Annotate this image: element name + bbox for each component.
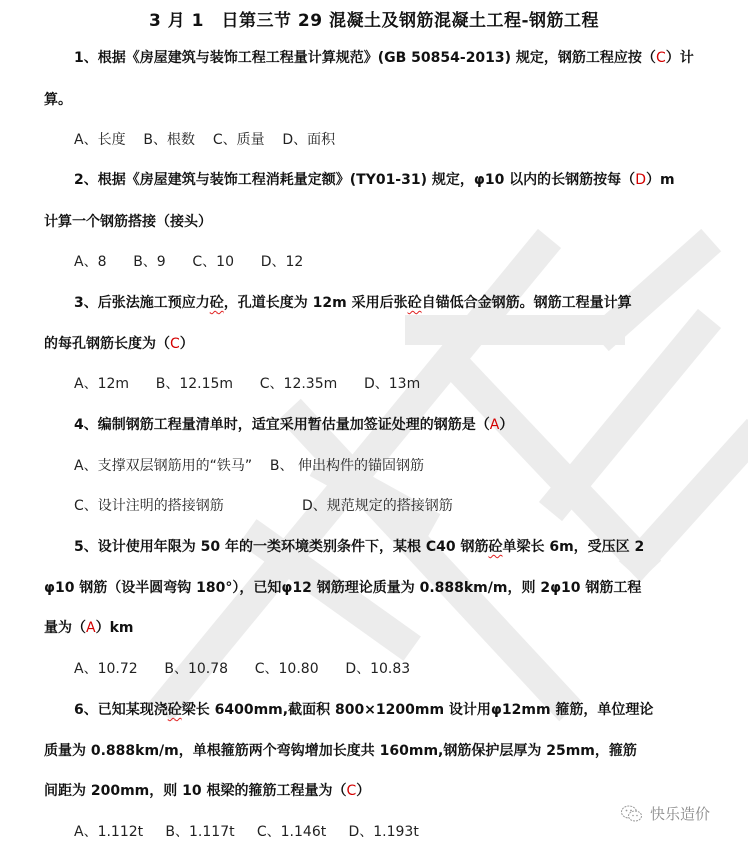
option-a: A、支撑双层钢筋用的“铁马” [74,458,252,474]
option-a: A、长度 [74,132,126,148]
question-1-options: A、长度 B、根数 C、质量 D、面积 [74,129,708,149]
question-1-line-2: 算。 [44,89,708,109]
question-text: 5、设计使用年限为 50 年的一类环境类别条件下，某根 C40 钢筋 [74,539,488,555]
question-text: 间距为 200mm，则 10 根梁的箍筋工程量为（ [44,783,347,799]
option-b: B、9 [133,254,166,270]
question-4-line-1: 4、编制钢筋工程量清单时，适宜采用暂估量加签证处理的钢筋是（A） [74,414,708,434]
option-c: C、12.35m [260,376,338,392]
spellcheck-flag: 砼 [168,702,182,718]
spellcheck-flag: 砼 [488,539,502,555]
question-4-options-row-2: C、设计注明的搭接钢筋D、规范规定的搭接钢筋 [74,495,708,515]
question-text: ）计 [666,50,694,66]
question-text: ）km [96,620,134,636]
question-6-line-1: 6、已知某现浇砼梁长 6400mm,截面积 800×1200mm 设计用φ12m… [74,699,708,719]
answer-letter: A [86,620,96,636]
wechat-account-logo: 快乐造价 [620,803,710,824]
question-5-line-3: 量为（A）km [44,617,708,637]
answer-letter: D [635,172,646,188]
option-d: D、面积 [282,132,335,148]
question-text: 1、根据《房屋建筑与装饰工程工程量计算规范》(GB 50854-2013) 规定… [74,50,656,66]
question-text: ） [180,336,194,352]
answer-letter: A [490,417,500,433]
question-2-line-2: 计算一个钢筋搭接（接头） [44,211,708,231]
question-5-options: A、10.72 B、10.78 C、10.80 D、10.83 [74,658,708,678]
question-text: ，孔道长度为 12m 采用后张 [224,295,408,311]
question-6-line-2: 质量为 0.888km/m，单根箍筋两个弯钩增加长度共 160mm,钢筋保护层厚… [44,740,708,760]
option-b: B、根数 [143,132,195,148]
question-4-options-row-1: A、支撑双层钢筋用的“铁马” B、 伸出构件的锚固钢筋 [74,455,708,475]
question-text: 自锚低合金钢筋。钢筋工程量计算 [422,295,632,311]
option-c: C、设计注明的搭接钢筋 [74,495,302,515]
question-3-line-1: 3、后张法施工预应力砼，孔道长度为 12m 采用后张砼自锚低合金钢筋。钢筋工程量… [74,292,708,312]
option-d: D、规范规定的搭接钢筋 [302,498,453,514]
option-b: B、10.78 [164,661,228,677]
answer-letter: C [170,336,180,352]
question-3-line-2: 的每孔钢筋长度为（C） [44,333,708,353]
question-text: ） [499,417,513,433]
option-c: C、10.80 [255,661,319,677]
spellcheck-flag: 砼 [210,295,224,311]
option-d: D、1.193t [348,824,418,840]
question-text: 6、已知某现浇 [74,702,168,718]
option-c: C、质量 [213,132,265,148]
question-text: 的每孔钢筋长度为（ [44,336,170,352]
answer-letter: C [656,50,666,66]
option-d: D、13m [364,376,420,392]
question-text: 2、根据《房屋建筑与装饰工程消耗量定额》(TY01-31) 规定，φ10 以内的… [74,172,635,188]
wechat-icon [620,804,644,824]
option-d: D、10.83 [345,661,410,677]
question-5-line-2: φ10 钢筋（设半圆弯钩 180°），已知φ12 钢筋理论质量为 0.888km… [44,577,708,597]
spellcheck-flag: 砼 [408,295,422,311]
option-b: B、 伸出构件的锚固钢筋 [270,458,424,474]
option-a: A、8 [74,254,106,270]
page-title: 3 月 1 日第三节 29 混凝土及钢筋混凝土工程-钢筋工程 [0,6,748,31]
question-text: 单梁长 6m，受压区 2 [502,539,644,555]
option-d: D、12 [261,254,304,270]
option-a: A、10.72 [74,661,138,677]
question-text: 3、后张法施工预应力 [74,295,210,311]
question-3-options: A、12m B、12.15m C、12.35m D、13m [74,373,708,393]
account-name: 快乐造价 [650,803,710,824]
option-c: C、10 [192,254,234,270]
question-text: ）m [646,172,675,188]
question-text: ） [356,783,370,799]
question-2-options: A、8 B、9 C、10 D、12 [74,251,708,271]
question-2-line-1: 2、根据《房屋建筑与装饰工程消耗量定额》(TY01-31) 规定，φ10 以内的… [74,169,708,189]
question-text: 量为（ [44,620,86,636]
option-a: A、1.112t [74,824,143,840]
question-text: 梁长 6400mm,截面积 800×1200mm 设计用φ12mm 箍筋，单位理… [182,702,654,718]
answer-letter: C [347,783,357,799]
question-text: 4、编制钢筋工程量清单时，适宜采用暂估量加签证处理的钢筋是（ [74,417,490,433]
question-5-line-1: 5、设计使用年限为 50 年的一类环境类别条件下，某根 C40 钢筋砼单梁长 6… [74,536,708,556]
option-a: A、12m [74,376,129,392]
option-c: C、1.146t [257,824,326,840]
question-1-line-1: 1、根据《房屋建筑与装饰工程工程量计算规范》(GB 50854-2013) 规定… [74,47,708,67]
option-b: B、1.117t [165,824,234,840]
option-b: B、12.15m [156,376,233,392]
question-6-options: A、1.112t B、1.117t C、1.146t D、1.193t [74,821,708,841]
question-6-line-3: 间距为 200mm，则 10 根梁的箍筋工程量为（C） [44,780,708,800]
